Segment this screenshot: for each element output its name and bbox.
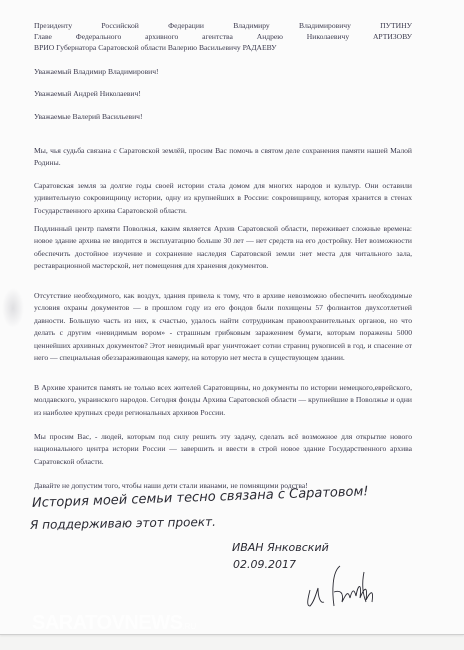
handwritten-date: 02.09.2017 [233, 558, 296, 571]
handwritten-name: ИВАН Янковский [232, 541, 329, 554]
letter-page: Президенту Российской Федерации Владимир… [0, 0, 464, 635]
greeting: Уважаемые Валерий Васильевич! [34, 112, 143, 121]
paper-smudge [2, 288, 24, 328]
paragraph: В Архиве хранится память не только всех … [34, 382, 412, 419]
greeting: Уважаемый Владимир Владимирович! [34, 67, 159, 76]
addressee-line: Президенту Российской Федерации Владимир… [34, 20, 412, 31]
paragraph: Мы просим Вас, - людей, которым под силу… [34, 431, 412, 468]
addressee-line: ВРИО Губернатора Саратовской области Вал… [34, 42, 412, 53]
signature-icon [300, 562, 400, 612]
watermark-main: SARATOVNEWS [32, 612, 182, 634]
paragraph: Отсутствие необходимого, как воздух, зда… [34, 290, 412, 364]
greeting: Уважаемый Андрей Николаевич! [34, 89, 141, 98]
paragraph: Мы, чья судьба связана с Саратовской зем… [34, 145, 412, 170]
watermark-tld: .RU [182, 622, 196, 631]
watermark: SARATOVNEWS.RU [32, 612, 196, 635]
paragraph: Саратовская земля за долгие годы своей и… [34, 180, 412, 217]
paragraph: Подлинный центр памяти Поволжья, каким я… [34, 223, 412, 273]
addressee-block: Президенту Российской Федерации Владимир… [34, 20, 412, 54]
addressee-line: Главе Федерального архивного агентства А… [34, 31, 412, 42]
handwritten-line: Я поддерживаю этот проект. [30, 515, 216, 532]
